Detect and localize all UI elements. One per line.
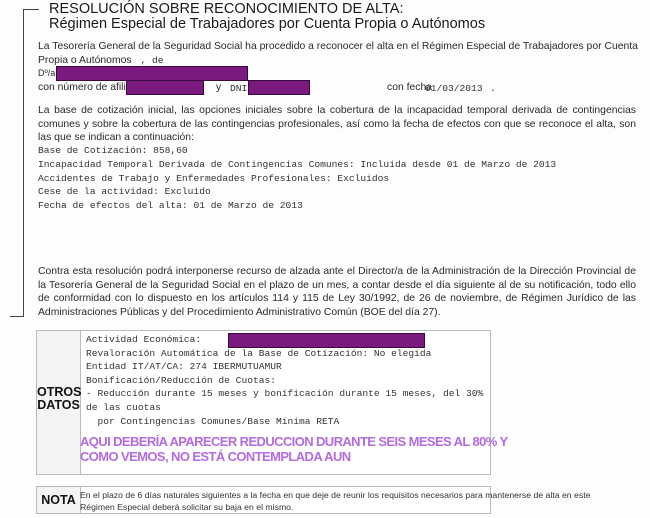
dni-label: DNI	[230, 83, 247, 94]
nota-line-2: Régimen Especial deberá solicitar su baj…	[80, 501, 620, 513]
bracket-top-line	[23, 9, 39, 10]
nota-text: En el plazo de 6 días naturales siguient…	[80, 489, 620, 513]
redacted-name	[56, 66, 248, 81]
redacted-affiliation-number	[126, 80, 204, 95]
redacted-dni	[248, 80, 310, 95]
reduccion-detail-1: - Reducción durante 15 meses y bonificac…	[86, 387, 490, 414]
base-paragraph: La base de cotización inicial, las opcio…	[38, 104, 636, 145]
bracket-bottom-line	[10, 316, 24, 317]
details-list: Base de Cotización: 858,60 Incapacidad T…	[38, 144, 556, 213]
detail-base-cotizacion: Base de Cotización: 858,60	[38, 144, 556, 158]
date-period: .	[490, 83, 496, 94]
nota-line-1: En el plazo de 6 días naturales siguient…	[80, 489, 620, 501]
document-title: RESOLUCIÓN SOBRE RECONOCIMIENTO DE ALTA:…	[49, 2, 485, 32]
otros-datos-label: OTROS DATOS	[37, 386, 80, 412]
revaloracion-automatica: Revaloración Automática de la Base de Co…	[86, 347, 490, 361]
detail-fecha-efectos: Fecha de efectos del alta: 01 de Marzo d…	[38, 199, 556, 213]
detail-accidentes-trabajo: Accidentes de Trabajo y Enfermedades Pro…	[38, 172, 556, 186]
annotation-line-1: AQUI DEBERÍA APARECER REDUCCION DURANTE …	[80, 435, 508, 450]
regime-name: Propia o Autónomos	[38, 55, 132, 66]
title-line-1: RESOLUCIÓN SOBRE RECONOCIMIENTO DE ALTA:	[49, 2, 485, 17]
bonificacion-reduccion: Bonificación/Reducción de Cuotas:	[86, 374, 490, 388]
bracket-left-line	[23, 9, 24, 316]
de-text: , de	[140, 55, 163, 66]
y-connector: y	[216, 82, 221, 93]
title-line-2: Régimen Especial de Trabajadores por Cue…	[49, 17, 485, 32]
intro-line-1: La Tesorería General de la Seguridad Soc…	[38, 41, 638, 52]
entidad-it-at-ca: Entidad IT/AT/CA: 274 IBERMUTUAMUR	[86, 360, 490, 374]
intro-line-2: Propia o Autónomos , de	[38, 55, 164, 66]
detail-incapacidad-temporal: Incapacidad Temporal Derivada de Conting…	[38, 158, 556, 172]
annotation-note: AQUI DEBERÍA APARECER REDUCCION DURANTE …	[80, 435, 508, 464]
reduccion-detail-2: por Contingencias Comunes/Base Mínima RE…	[86, 415, 490, 429]
datos-label: DATOS	[37, 399, 80, 412]
date-value: 01/03/2013	[425, 83, 483, 94]
nota-label: NOTA	[37, 494, 80, 507]
redacted-actividad-economica	[228, 333, 425, 348]
dona-label: Dº/a	[38, 68, 55, 78]
annotation-line-2: COMO VEMOS, NO ESTÁ CONTEMPLADA AUN	[80, 450, 508, 465]
detail-cese-actividad: Cese de la actividad: Excluido	[38, 185, 556, 199]
appeal-paragraph: Contra esta resolución podrá interponers…	[38, 265, 636, 319]
